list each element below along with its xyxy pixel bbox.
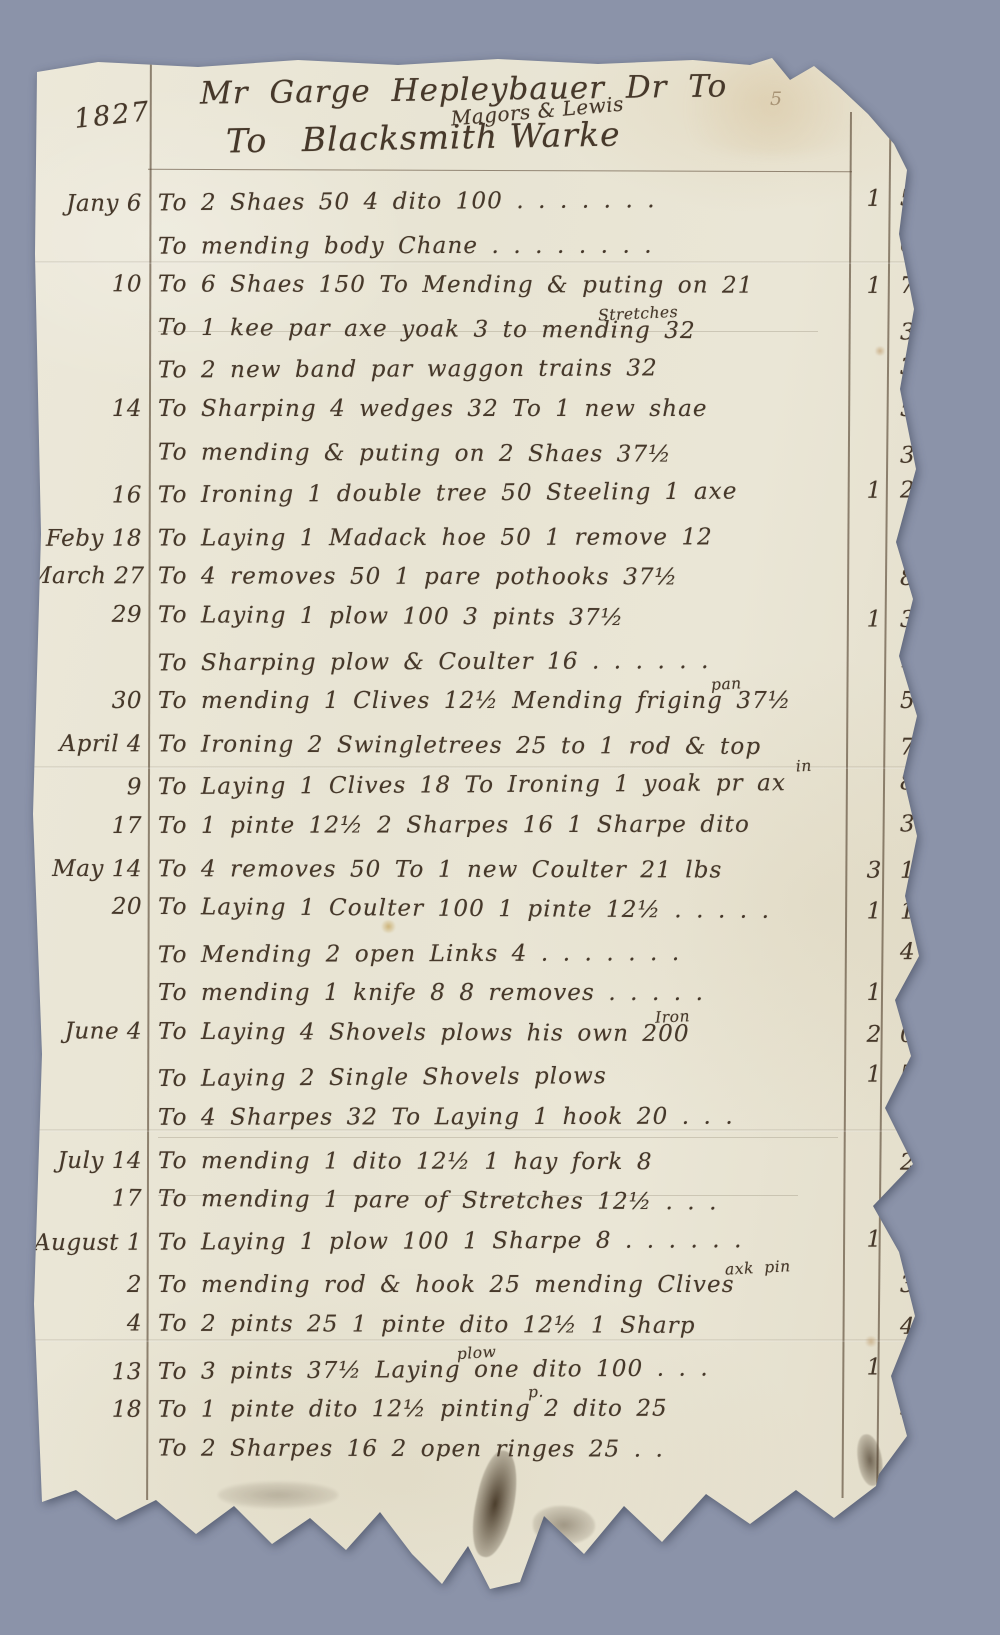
entry-description: To 4 removes 50 1 pare pothooks 37½: [147, 564, 852, 591]
entry-cents: 32: [896, 354, 966, 380]
entry-cents: 71: [896, 734, 966, 760]
entry-date: 18: [28, 1397, 147, 1423]
entry-dollars: 2: [852, 1022, 896, 1048]
entry-cents: 71: [896, 273, 966, 299]
inserted-word: Iron: [654, 1007, 690, 1027]
entry-cents: 62½: [896, 524, 966, 550]
entry-dollars: 1: [852, 606, 896, 632]
entry-description: To 2 Shaes 50 4 dito 100 . . . . . . .: [147, 186, 852, 216]
header-rule: [148, 169, 852, 173]
entry-description: To 2 new band par waggon trains 32: [147, 355, 852, 384]
inserted-word: in: [795, 757, 812, 776]
entry-cents: 45½: [896, 1314, 966, 1340]
header-subtitle-text: To Blacksmith Warke: [226, 115, 621, 161]
entry-description: To mending & puting on 2 Shaes 37½: [147, 439, 852, 468]
entry-description: To 4 Sharpes 32 To Laying 1 hook 20 . . …: [147, 1103, 852, 1130]
entry-description: To Sharping 4 wedges 32 To 1 new shae: [147, 396, 852, 422]
entry-dollars: 3: [852, 857, 896, 883]
ledger-row: 18To 1 pinte dito 12½ pinting 2 dito 25p…: [28, 1395, 963, 1439]
ledger-row: To mending body Chane . . . . . . . .6½: [28, 232, 963, 276]
ledger-row: June 4To Laying 4 Shovels plows his own …: [28, 1018, 963, 1064]
entry-cents: 6½: [896, 232, 966, 258]
entry-cents: 87½: [896, 565, 966, 591]
ledger-row: 13To 3 pints 37½ Laying one dito 100 . .…: [28, 1353, 963, 1400]
ledger-row: 10To 6 Shaes 150 To Mending & puting on …: [28, 271, 963, 315]
ledger-row: 14To Sharping 4 wedges 32 To 1 new shae5…: [28, 396, 963, 438]
entry-date: May 14: [28, 855, 147, 881]
entry-description: To Sharping plow & Coulter 16 . . . . . …: [147, 647, 852, 676]
paper: 1827 Mr Garge Hepleybauer Dr To To Black…: [28, 54, 963, 1599]
entry-date: [28, 1067, 147, 1068]
inserted-word: axk pin: [725, 1258, 792, 1279]
entry-date: 17: [28, 813, 147, 839]
entry-description: To Laying 2 Single Shovels plows: [147, 1062, 852, 1092]
faint-page-number: 5: [770, 88, 782, 110]
ledger-row: To mending 1 knife 8 8 removes . . . . .…: [28, 980, 963, 1022]
entry-dollars: 1: [852, 273, 896, 299]
entry-date: 10: [28, 271, 147, 297]
ledger-row: To Mending 2 open Links 4 . . . . . . .4: [28, 939, 963, 985]
entry-date: Jany 6: [28, 190, 147, 217]
entry-cents: 50: [896, 1061, 966, 1087]
ledger-row: 17To mending 1 pare of Stretches 12½ . .…: [28, 1185, 963, 1232]
entry-dollars: 1: [852, 1226, 896, 1252]
inserted-word: Stretches: [598, 303, 679, 325]
entry-cents: 37½: [896, 442, 966, 468]
entry-cents: 35: [896, 319, 966, 345]
entry-description: To mending 1 dito 12½ 1 hay fork 8: [147, 1148, 852, 1175]
ledger-row: To 2 new band par waggon trains 3232: [28, 354, 963, 400]
ledger-row: 29To Laying 1 plow 100 3 pints 37½137½: [28, 601, 963, 648]
entry-date: 14: [28, 396, 147, 422]
entry-cents: 57: [896, 396, 966, 422]
ledger-row: March 27To 4 removes 50 1 pare pothooks …: [28, 563, 963, 607]
entry-dollars: 1: [852, 186, 896, 212]
entry-dollars: 1: [852, 898, 896, 924]
entry-description: To Laying 1 Coulter 100 1 pinte 12½ . . …: [147, 894, 852, 924]
entry-date: 20: [28, 893, 147, 920]
entry-description: To 2 pints 25 1 pinte dito 12½ 1 Sharp: [147, 1311, 852, 1340]
entry-description: To Laying 1 Clives 18 To Ironing 1 yoak …: [147, 770, 852, 800]
ink-blot: [218, 1482, 338, 1508]
ledger-row: To Sharping plow & Coulter 16 . . . . . …: [28, 646, 963, 692]
entry-dollars: 1: [852, 1354, 896, 1380]
entry-date: Feby 18: [28, 525, 147, 551]
entry-dollars: 1: [852, 478, 896, 504]
entry-cents: 12½: [896, 899, 966, 925]
ledger-row: Feby 18To Laying 1 Madack hoe 50 1 remov…: [28, 524, 963, 568]
ink-blot: [533, 1506, 595, 1544]
entry-description: To Ironing 2 Swingletrees 25 to 1 rod & …: [147, 731, 852, 760]
entry-description: To 1 kee par axe yoak 3 to mending 32Str…: [147, 314, 852, 344]
entry-cents: 12½: [896, 1191, 966, 1217]
entry-description: To mending body Chane . . . . . . . .: [147, 232, 852, 259]
entry-cents: 8: [896, 1226, 966, 1252]
entry-cents: 41: [896, 1437, 966, 1463]
inserted-word: p.: [527, 1383, 544, 1402]
entry-date: 2: [28, 1272, 147, 1298]
entry-cents: 37½: [896, 1272, 966, 1298]
entries: Jany 6To 2 Shaes 50 4 dito 100 . . . . .…: [28, 190, 963, 1479]
entry-cents: 25: [896, 477, 966, 503]
entry-description: To 1 pinte dito 12½ pinting 2 dito 25p.: [147, 1395, 852, 1422]
entry-cents: 36½: [896, 811, 966, 837]
ledger-row: 17To 1 pinte 12½ 2 Sharpes 16 1 Sharpe d…: [28, 811, 963, 855]
entry-date: March 27: [28, 563, 147, 589]
entry-date: 4: [28, 1310, 147, 1336]
entry-description: To mending 1 pare of Stretches 12½ . . .: [147, 1186, 852, 1216]
entry-date: April 4: [28, 731, 147, 757]
entry-cents: 08: [896, 980, 966, 1006]
ledger-row: To Laying 2 Single Shovels plows150: [28, 1061, 963, 1108]
inserted-word: pan: [711, 674, 743, 694]
entry-description: To Laying 1 plow 100 3 pints 37½: [147, 602, 852, 632]
entry-cents: 50: [896, 185, 966, 211]
ledger-row: 9To Laying 1 Clives 18 To Ironing 1 yoak…: [28, 769, 963, 816]
ledger-row: August 1To Laying 1 plow 100 1 Sharpe 8 …: [28, 1226, 963, 1272]
entry-description: To mending 1 Clives 12½ Mending friging …: [147, 688, 852, 714]
entry-date: [28, 314, 147, 315]
entry-date: 9: [28, 775, 147, 802]
ledger-page: 1827 Mr Garge Hepleybauer Dr To To Black…: [28, 54, 963, 1599]
entry-cents: 52: [896, 1103, 966, 1129]
entry-cents: 16: [896, 646, 966, 672]
ledger-row: To 2 Sharpes 16 2 open ringes 25 . .41: [28, 1435, 963, 1479]
entry-date: 30: [28, 688, 147, 714]
entry-cents: 12½: [896, 857, 966, 883]
ledger-row: Jany 6To 2 Shaes 50 4 dito 100 . . . . .…: [28, 185, 963, 232]
entry-description: To 4 removes 50 To 1 new Coulter 21 lbs: [147, 856, 852, 883]
ledger-row: July 14To mending 1 dito 12½ 1 hay fork …: [28, 1147, 963, 1191]
entry-description: To 3 pints 37½ Laying one dito 100 . . .…: [147, 1354, 852, 1384]
ledger-row: 16To Ironing 1 double tree 50 Steeling 1…: [28, 477, 963, 524]
entry-cents: 20½: [896, 1149, 966, 1175]
entry-date: July 14: [28, 1147, 147, 1173]
inserted-word: plow: [457, 1342, 497, 1362]
entry-cents: 37½: [896, 1353, 966, 1379]
entry-date: 13: [28, 1359, 147, 1386]
entry-description: To 2 Sharpes 16 2 open ringes 25 . .: [147, 1435, 852, 1462]
entry-date: 16: [28, 482, 147, 509]
entry-description: To mending 1 knife 8 8 removes . . . . .: [147, 980, 852, 1006]
entry-description: To Mending 2 open Links 4 . . . . . . .: [147, 939, 852, 968]
entry-description: To Laying 1 plow 100 1 Sharpe 8 . . . . …: [147, 1227, 852, 1256]
entry-cents: 50: [896, 688, 966, 714]
ledger-row: May 14To 4 removes 50 To 1 new Coulter 2…: [28, 855, 963, 899]
entry-cents: 37½: [896, 1395, 966, 1421]
entry-description: To 1 pinte 12½ 2 Sharpes 16 1 Sharpe dit…: [147, 811, 852, 838]
entry-cents: 37½: [896, 607, 966, 633]
entry-description: To 6 Shaes 150 To Mending & puting on 21: [147, 272, 852, 299]
ledger-row: 2To mending rod & hook 25 mending Clives…: [28, 1272, 963, 1314]
ledger-row: To 4 Sharpes 32 To Laying 1 hook 20 . . …: [28, 1103, 963, 1147]
entry-date: 29: [28, 601, 147, 628]
entry-cents: 4: [896, 939, 966, 965]
ledger-year: 1827: [73, 96, 153, 135]
ledger-row: 20To Laying 1 Coulter 100 1 pinte 12½ . …: [28, 893, 963, 940]
entry-cents: 84: [896, 769, 966, 795]
entry-description: To Laying 1 Madack hoe 50 1 remove 12: [147, 524, 852, 551]
entry-dollars: 1: [852, 1062, 896, 1088]
header-subtitle: To Blacksmith WarkeMagors & Lewis: [226, 115, 621, 161]
ledger-row: 30To mending 1 Clives 12½ Mending frigin…: [28, 688, 963, 730]
entry-date: August 1: [28, 1230, 147, 1256]
entry-description: To mending rod & hook 25 mending Clivesa…: [147, 1272, 852, 1298]
entry-description: To Ironing 1 double tree 50 Steeling 1 a…: [147, 478, 852, 508]
entry-cents: 00: [896, 1022, 966, 1048]
entry-date: 17: [28, 1185, 147, 1212]
entry-date: June 4: [28, 1018, 147, 1044]
entry-description: To Laying 4 Shovels plows his own 200Iro…: [147, 1019, 852, 1048]
entry-dollars: 1: [852, 980, 896, 1006]
